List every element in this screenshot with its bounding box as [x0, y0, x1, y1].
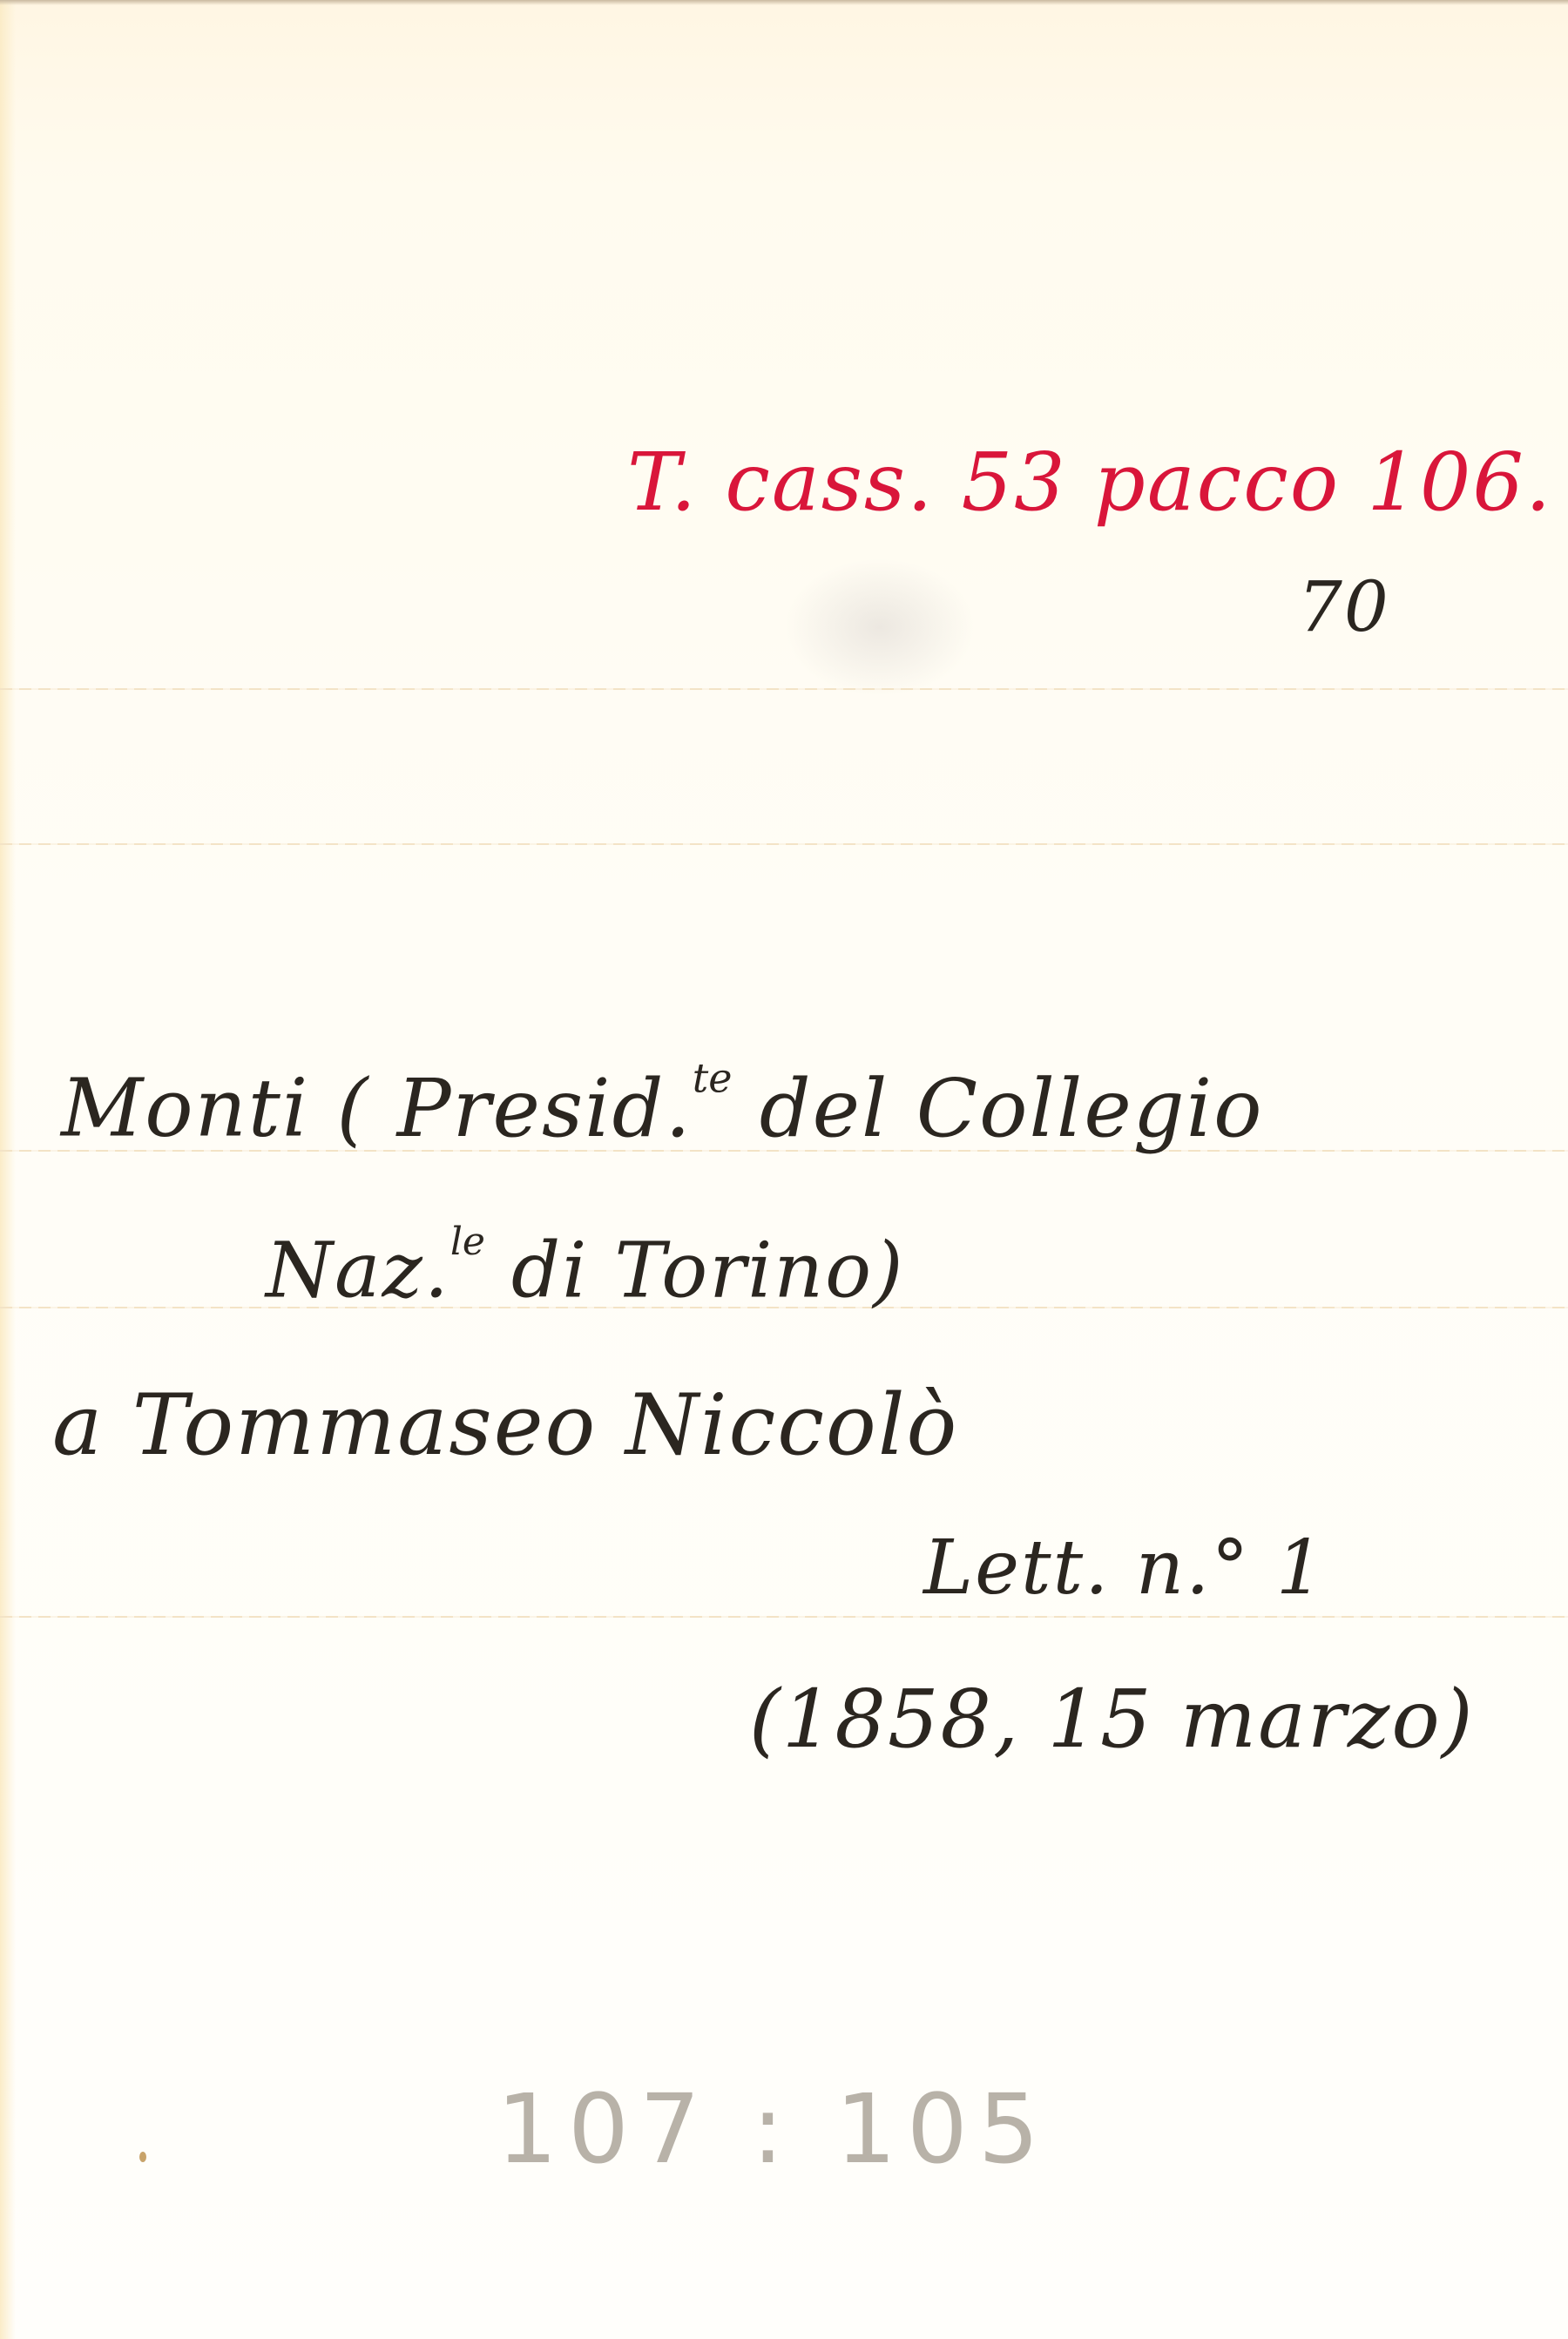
pencil-note: 107 : 105 — [497, 2073, 1050, 2185]
institution-superscript: le — [450, 1220, 485, 1264]
ruled-line — [0, 843, 1568, 845]
paper-speck — [139, 2152, 146, 2162]
card-top-edge — [0, 0, 1568, 5]
shelfmark: T. cass. 53 pacco 106. — [627, 436, 1552, 529]
index-card: T. cass. 53 pacco 106. 70 Monti ( Presid… — [0, 0, 1568, 2339]
ink-smudge — [784, 558, 976, 697]
title-rest: del Collegio — [760, 1062, 1264, 1155]
institution-city: di Torino) — [511, 1225, 905, 1315]
institution-abbrev: Naz. — [266, 1225, 450, 1315]
letter-date: (1858, 15 marzo) — [749, 1673, 1475, 1766]
author-title: ( Presid.te del Collegio — [337, 1062, 1264, 1155]
recipient: a Tommaseo Niccolò — [52, 1376, 958, 1474]
title-superscript: te — [693, 1054, 733, 1101]
title-open: ( Presid. — [337, 1062, 693, 1155]
letter-count: Lett. n.° 1 — [923, 1524, 1326, 1612]
shelfmark-sub-number: 70 — [1298, 566, 1390, 647]
entry-line-1: Monti ( Presid.te del Collegio — [61, 1054, 1264, 1155]
ruled-line — [0, 1616, 1568, 1618]
author-surname: Monti — [61, 1062, 309, 1155]
entry-line-2: Naz.le di Torino) — [266, 1220, 904, 1315]
